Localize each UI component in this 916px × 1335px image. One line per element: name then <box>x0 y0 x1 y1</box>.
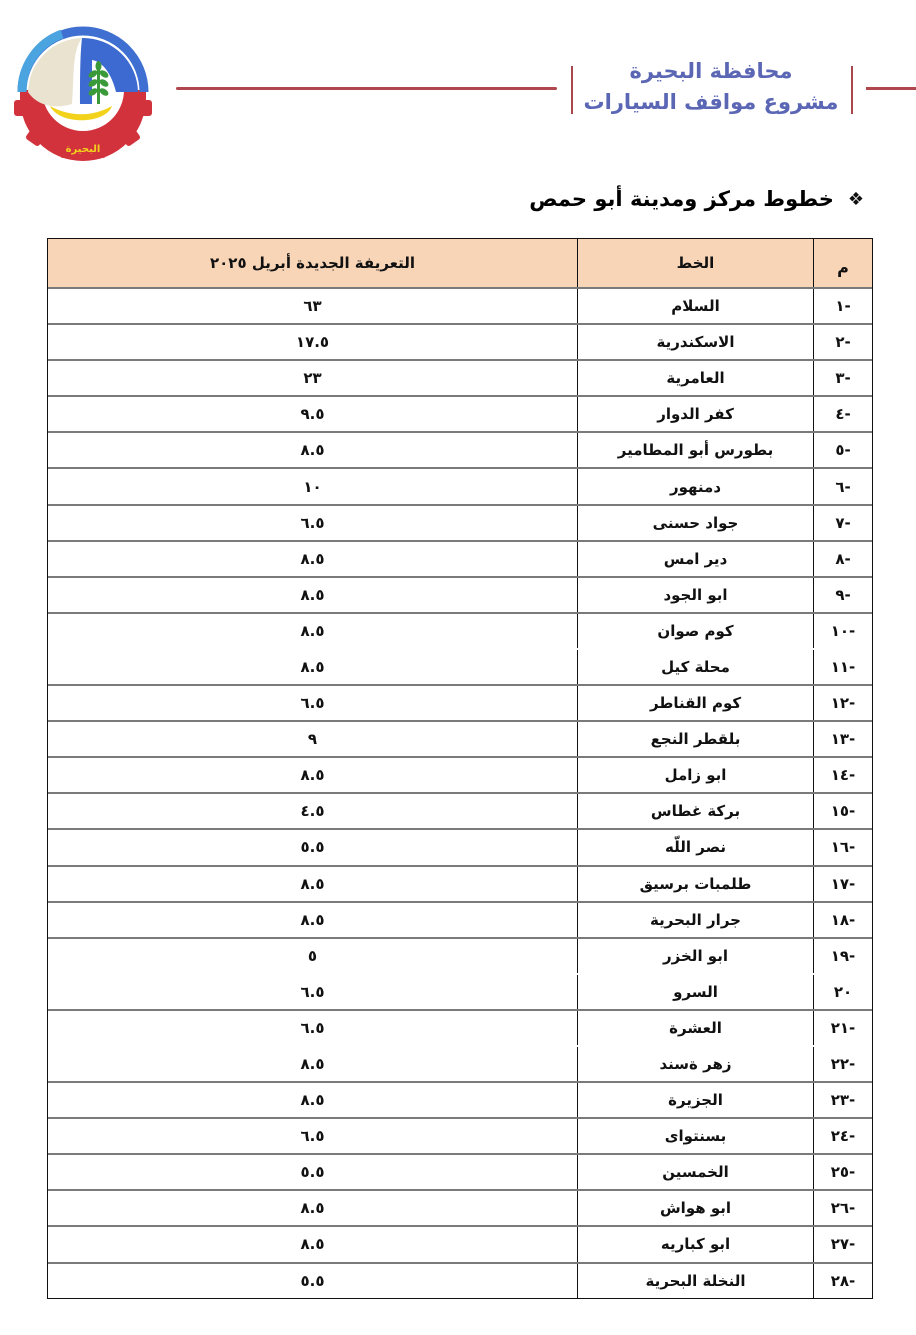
fare-value: ٨.٥ <box>48 650 577 684</box>
header-bracket-right <box>851 66 853 114</box>
table-row: -١٤ابو زامل٨.٥ <box>48 756 872 792</box>
table-row: -١٨جرار البحرية٨.٥ <box>48 901 872 937</box>
table-row: -٢٣الجزيرة٨.٥ <box>48 1081 872 1117</box>
row-number: -٢٢ <box>813 1047 872 1081</box>
fare-value: ٦.٥ <box>48 975 577 1009</box>
line-name: النخلة البحرية <box>577 1264 813 1298</box>
table-row: -٨دير امس٨.٥ <box>48 540 872 576</box>
header-bracket-left <box>571 66 573 114</box>
line-name: كوم القناطر <box>577 686 813 720</box>
row-number: -٢٨ <box>813 1264 872 1298</box>
beheira-governorate-logo: البحيرة <box>12 20 154 162</box>
line-name: دير امس <box>577 542 813 576</box>
fare-value: ٦٣ <box>48 289 577 323</box>
table-header-row: م الخط التعريفة الجديدة أبريل ٢٠٢٥ <box>48 239 872 287</box>
table-row: -٢٨النخلة البحرية٥.٥ <box>48 1262 872 1298</box>
table-row: -٢الاسكندرية١٧.٥ <box>48 323 872 359</box>
fare-value: ٨.٥ <box>48 758 577 792</box>
fare-value: ٦.٥ <box>48 1011 577 1045</box>
table-row: -١١محلة كيل٨.٥ <box>48 648 872 684</box>
fare-value: ٩ <box>48 722 577 756</box>
fare-value: ٨.٥ <box>48 542 577 576</box>
fare-value: ٨.٥ <box>48 1227 577 1261</box>
row-number: -١٥ <box>813 794 872 828</box>
row-number: -٤ <box>813 397 872 431</box>
svg-text:البحيرة: البحيرة <box>66 144 101 155</box>
table-row: -١٣بلقطر النجع٩ <box>48 720 872 756</box>
fare-value: ٨.٥ <box>48 433 577 467</box>
row-number: ٢٠ <box>813 975 872 1009</box>
line-name: كفر الدوار <box>577 397 813 431</box>
line-name: الجزيرة <box>577 1083 813 1117</box>
line-name: طلمبات برسيق <box>577 867 813 901</box>
fare-value: ٥.٥ <box>48 1155 577 1189</box>
table-row: -١٢كوم القناطر٦.٥ <box>48 684 872 720</box>
header-divider-right <box>866 87 916 90</box>
fare-value: ٢٣ <box>48 361 577 395</box>
line-name: دمنهور <box>577 469 813 503</box>
table-row: -٢٥الخمسين٥.٥ <box>48 1153 872 1189</box>
fare-value: ٨.٥ <box>48 614 577 648</box>
line-name: زهر ةسند <box>577 1047 813 1081</box>
section-title: خطوط مركز ومدينة أبو حمص <box>529 187 834 211</box>
line-name: العامرية <box>577 361 813 395</box>
table-row: ٢٠السرو٦.٥ <box>48 973 872 1009</box>
line-name: ابو كباريه <box>577 1227 813 1261</box>
row-number: -٢٥ <box>813 1155 872 1189</box>
line-name: ابو الجود <box>577 578 813 612</box>
row-number: -٦ <box>813 469 872 503</box>
fare-value: ٤.٥ <box>48 794 577 828</box>
row-number: -٣ <box>813 361 872 395</box>
table-row: -٥بطورس أبو المطامير٨.٥ <box>48 431 872 467</box>
row-number: -١٩ <box>813 939 872 973</box>
row-number: -١٤ <box>813 758 872 792</box>
fare-table: م الخط التعريفة الجديدة أبريل ٢٠٢٥ -١الس… <box>47 238 873 1299</box>
fare-value: ٥.٥ <box>48 830 577 864</box>
fare-value: ٦.٥ <box>48 686 577 720</box>
fare-value: ٩.٥ <box>48 397 577 431</box>
table-row: -٩ابو الجود٨.٥ <box>48 576 872 612</box>
row-number: -١٣ <box>813 722 872 756</box>
line-name: بركة غطاس <box>577 794 813 828</box>
fare-value: ١٠ <box>48 469 577 503</box>
row-number: -٥ <box>813 433 872 467</box>
row-number: -٢١ <box>813 1011 872 1045</box>
table-row: -٢٧ابو كباريه٨.٥ <box>48 1225 872 1261</box>
line-name: جرار البحرية <box>577 903 813 937</box>
line-name: جواد حسنى <box>577 506 813 540</box>
line-name: بطورس أبو المطامير <box>577 433 813 467</box>
table-row: -١٩ابو الخزر٥ <box>48 937 872 973</box>
table-row: -١٠كوم صوان٨.٥ <box>48 612 872 648</box>
table-row: -٧جواد حسنى٦.٥ <box>48 504 872 540</box>
fare-value: ٨.٥ <box>48 1191 577 1225</box>
row-number: -٢٧ <box>813 1227 872 1261</box>
row-number: -٩ <box>813 578 872 612</box>
logo-emblem-icon: البحيرة <box>12 20 154 162</box>
column-header-number: م <box>813 239 872 287</box>
table-row: -١٥بركة غطاس٤.٥ <box>48 792 872 828</box>
fare-value: ١٧.٥ <box>48 325 577 359</box>
fare-value: ٥ <box>48 939 577 973</box>
column-header-fare: التعريفة الجديدة أبريل ٢٠٢٥ <box>48 239 577 287</box>
row-number: -٢ <box>813 325 872 359</box>
table-row: -٢٦ابو هواش٨.٥ <box>48 1189 872 1225</box>
fare-value: ٥.٥ <box>48 1264 577 1298</box>
row-number: -٨ <box>813 542 872 576</box>
table-row: -٤كفر الدوار٩.٥ <box>48 395 872 431</box>
row-number: -١٨ <box>813 903 872 937</box>
line-name: محلة كيل <box>577 650 813 684</box>
table-row: -١٦نصر اللّه٥.٥ <box>48 828 872 864</box>
line-name: بسنتواى <box>577 1119 813 1153</box>
line-name: الاسكندرية <box>577 325 813 359</box>
organization-title: محافظة البحيرة مشروع مواقف السيارات <box>580 56 842 118</box>
column-header-line: الخط <box>577 239 813 287</box>
project-name: مشروع مواقف السيارات <box>580 86 842 118</box>
row-number: -١٢ <box>813 686 872 720</box>
fare-value: ٨.٥ <box>48 1047 577 1081</box>
line-name: الخمسين <box>577 1155 813 1189</box>
table-body: -١السلام٦٣-٢الاسكندرية١٧.٥-٣العامرية٢٣-٤… <box>48 287 872 1298</box>
fare-value: ٨.٥ <box>48 903 577 937</box>
fare-value: ٨.٥ <box>48 1083 577 1117</box>
table-row: -٢١العشرة٦.٥ <box>48 1009 872 1045</box>
governorate-name: محافظة البحيرة <box>580 56 842 86</box>
line-name: السلام <box>577 289 813 323</box>
row-number: -٢٦ <box>813 1191 872 1225</box>
table-row: -٢٤بسنتواى٦.٥ <box>48 1117 872 1153</box>
row-number: -٢٣ <box>813 1083 872 1117</box>
row-number: -١٠ <box>813 614 872 648</box>
row-number: -١٧ <box>813 867 872 901</box>
line-name: بلقطر النجع <box>577 722 813 756</box>
line-name: ابو الخزر <box>577 939 813 973</box>
row-number: -٧ <box>813 506 872 540</box>
table-row: -٦دمنهور١٠ <box>48 467 872 503</box>
row-number: -١٦ <box>813 830 872 864</box>
line-name: كوم صوان <box>577 614 813 648</box>
section-heading: ❖ خطوط مركز ومدينة أبو حمص <box>529 182 864 216</box>
fare-value: ٦.٥ <box>48 1119 577 1153</box>
row-number: -٢٤ <box>813 1119 872 1153</box>
diamond-bullet-icon: ❖ <box>848 189 864 210</box>
row-number: -١ <box>813 289 872 323</box>
fare-value: ٨.٥ <box>48 578 577 612</box>
line-name: ابو زامل <box>577 758 813 792</box>
table-row: -١السلام٦٣ <box>48 287 872 323</box>
line-name: ابو هواش <box>577 1191 813 1225</box>
line-name: السرو <box>577 975 813 1009</box>
table-row: -٣العامرية٢٣ <box>48 359 872 395</box>
header-divider-left <box>176 87 557 90</box>
table-row: -٢٢زهر ةسند٨.٥ <box>48 1045 872 1081</box>
fare-value: ٨.٥ <box>48 867 577 901</box>
table-row: -١٧طلمبات برسيق٨.٥ <box>48 865 872 901</box>
line-name: العشرة <box>577 1011 813 1045</box>
fare-value: ٦.٥ <box>48 506 577 540</box>
row-number: -١١ <box>813 650 872 684</box>
line-name: نصر اللّه <box>577 830 813 864</box>
